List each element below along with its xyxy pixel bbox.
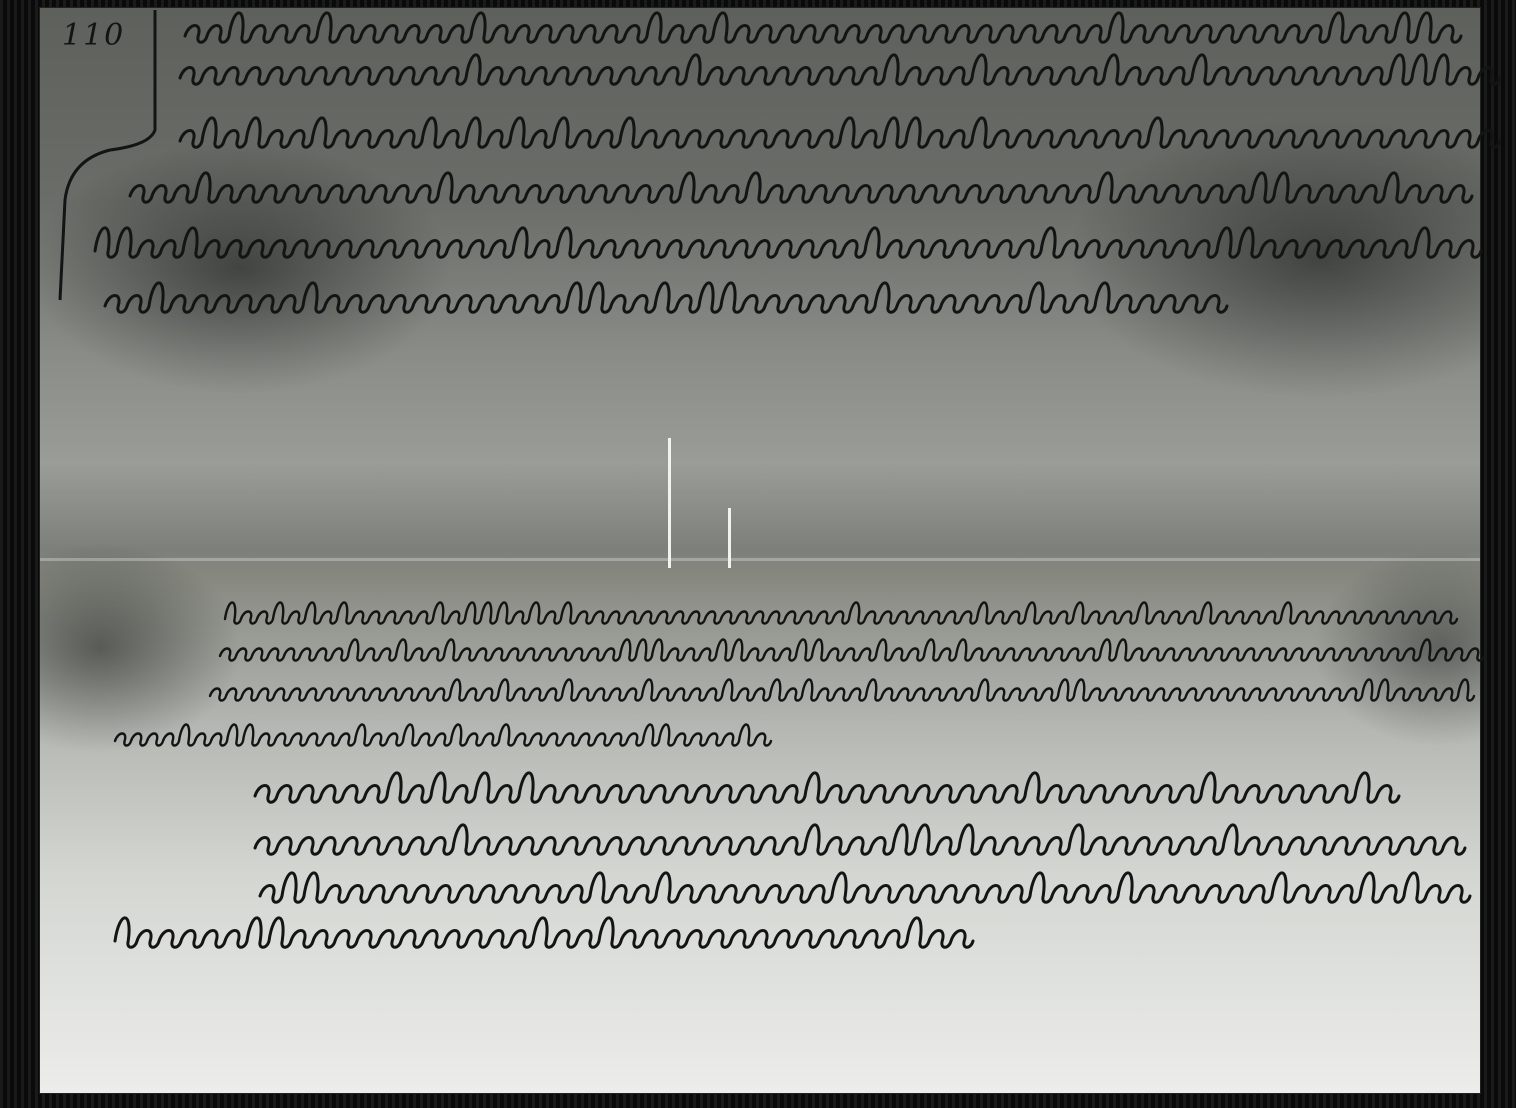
script-line bbox=[255, 773, 1399, 802]
script-line bbox=[260, 873, 1470, 902]
script-line bbox=[180, 118, 1500, 147]
script-line bbox=[255, 825, 1465, 854]
script-line bbox=[180, 55, 1500, 84]
handwritten-script bbox=[0, 0, 1516, 1108]
script-line bbox=[115, 725, 771, 746]
script-line bbox=[115, 918, 973, 947]
script-line bbox=[210, 680, 1474, 701]
script-line bbox=[185, 13, 1461, 42]
script-line bbox=[130, 173, 1472, 202]
script-line bbox=[105, 283, 1227, 312]
script-line bbox=[95, 228, 1481, 257]
script-line bbox=[225, 603, 1457, 624]
script-line bbox=[220, 640, 1484, 661]
